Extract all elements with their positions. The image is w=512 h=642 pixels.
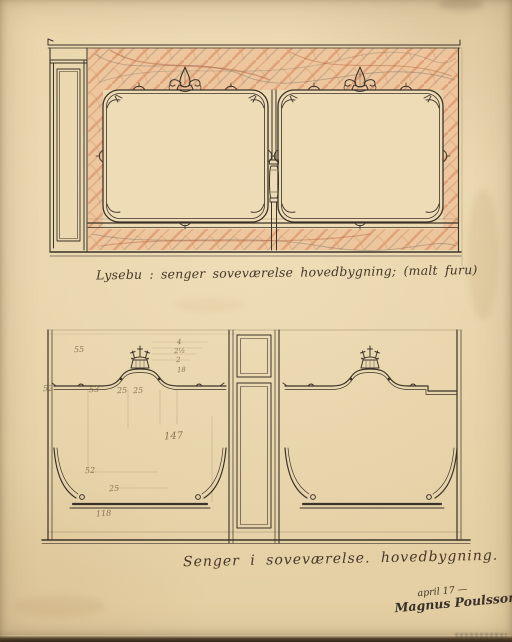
pencil-guides — [48, 330, 461, 532]
paper-stain — [15, 595, 105, 617]
lower-elevation-drawing — [40, 320, 472, 550]
paper-edge-shadow — [0, 636, 512, 642]
signature-block: april 17 — Magnus Poulsson, — [391, 580, 512, 617]
paper-stain — [438, 0, 484, 10]
door-panel — [50, 48, 87, 252]
paper-stain — [468, 190, 498, 320]
rococo-panel-left — [96, 67, 275, 229]
baluster-divider — [270, 90, 279, 250]
bed-panel-right — [283, 346, 457, 508]
paper-stain — [175, 298, 245, 312]
bed-panel-left — [52, 346, 226, 508]
rococo-panel-right — [271, 67, 450, 229]
wall-and-door — [42, 330, 470, 544]
upper-elevation-drawing — [40, 36, 470, 266]
scanned-drawing-sheet: 555253252542½2181475225118 Lysebu : seng… — [0, 0, 512, 642]
bottom-caption: Senger i soveværelse. hovedbygning. — [183, 548, 499, 571]
